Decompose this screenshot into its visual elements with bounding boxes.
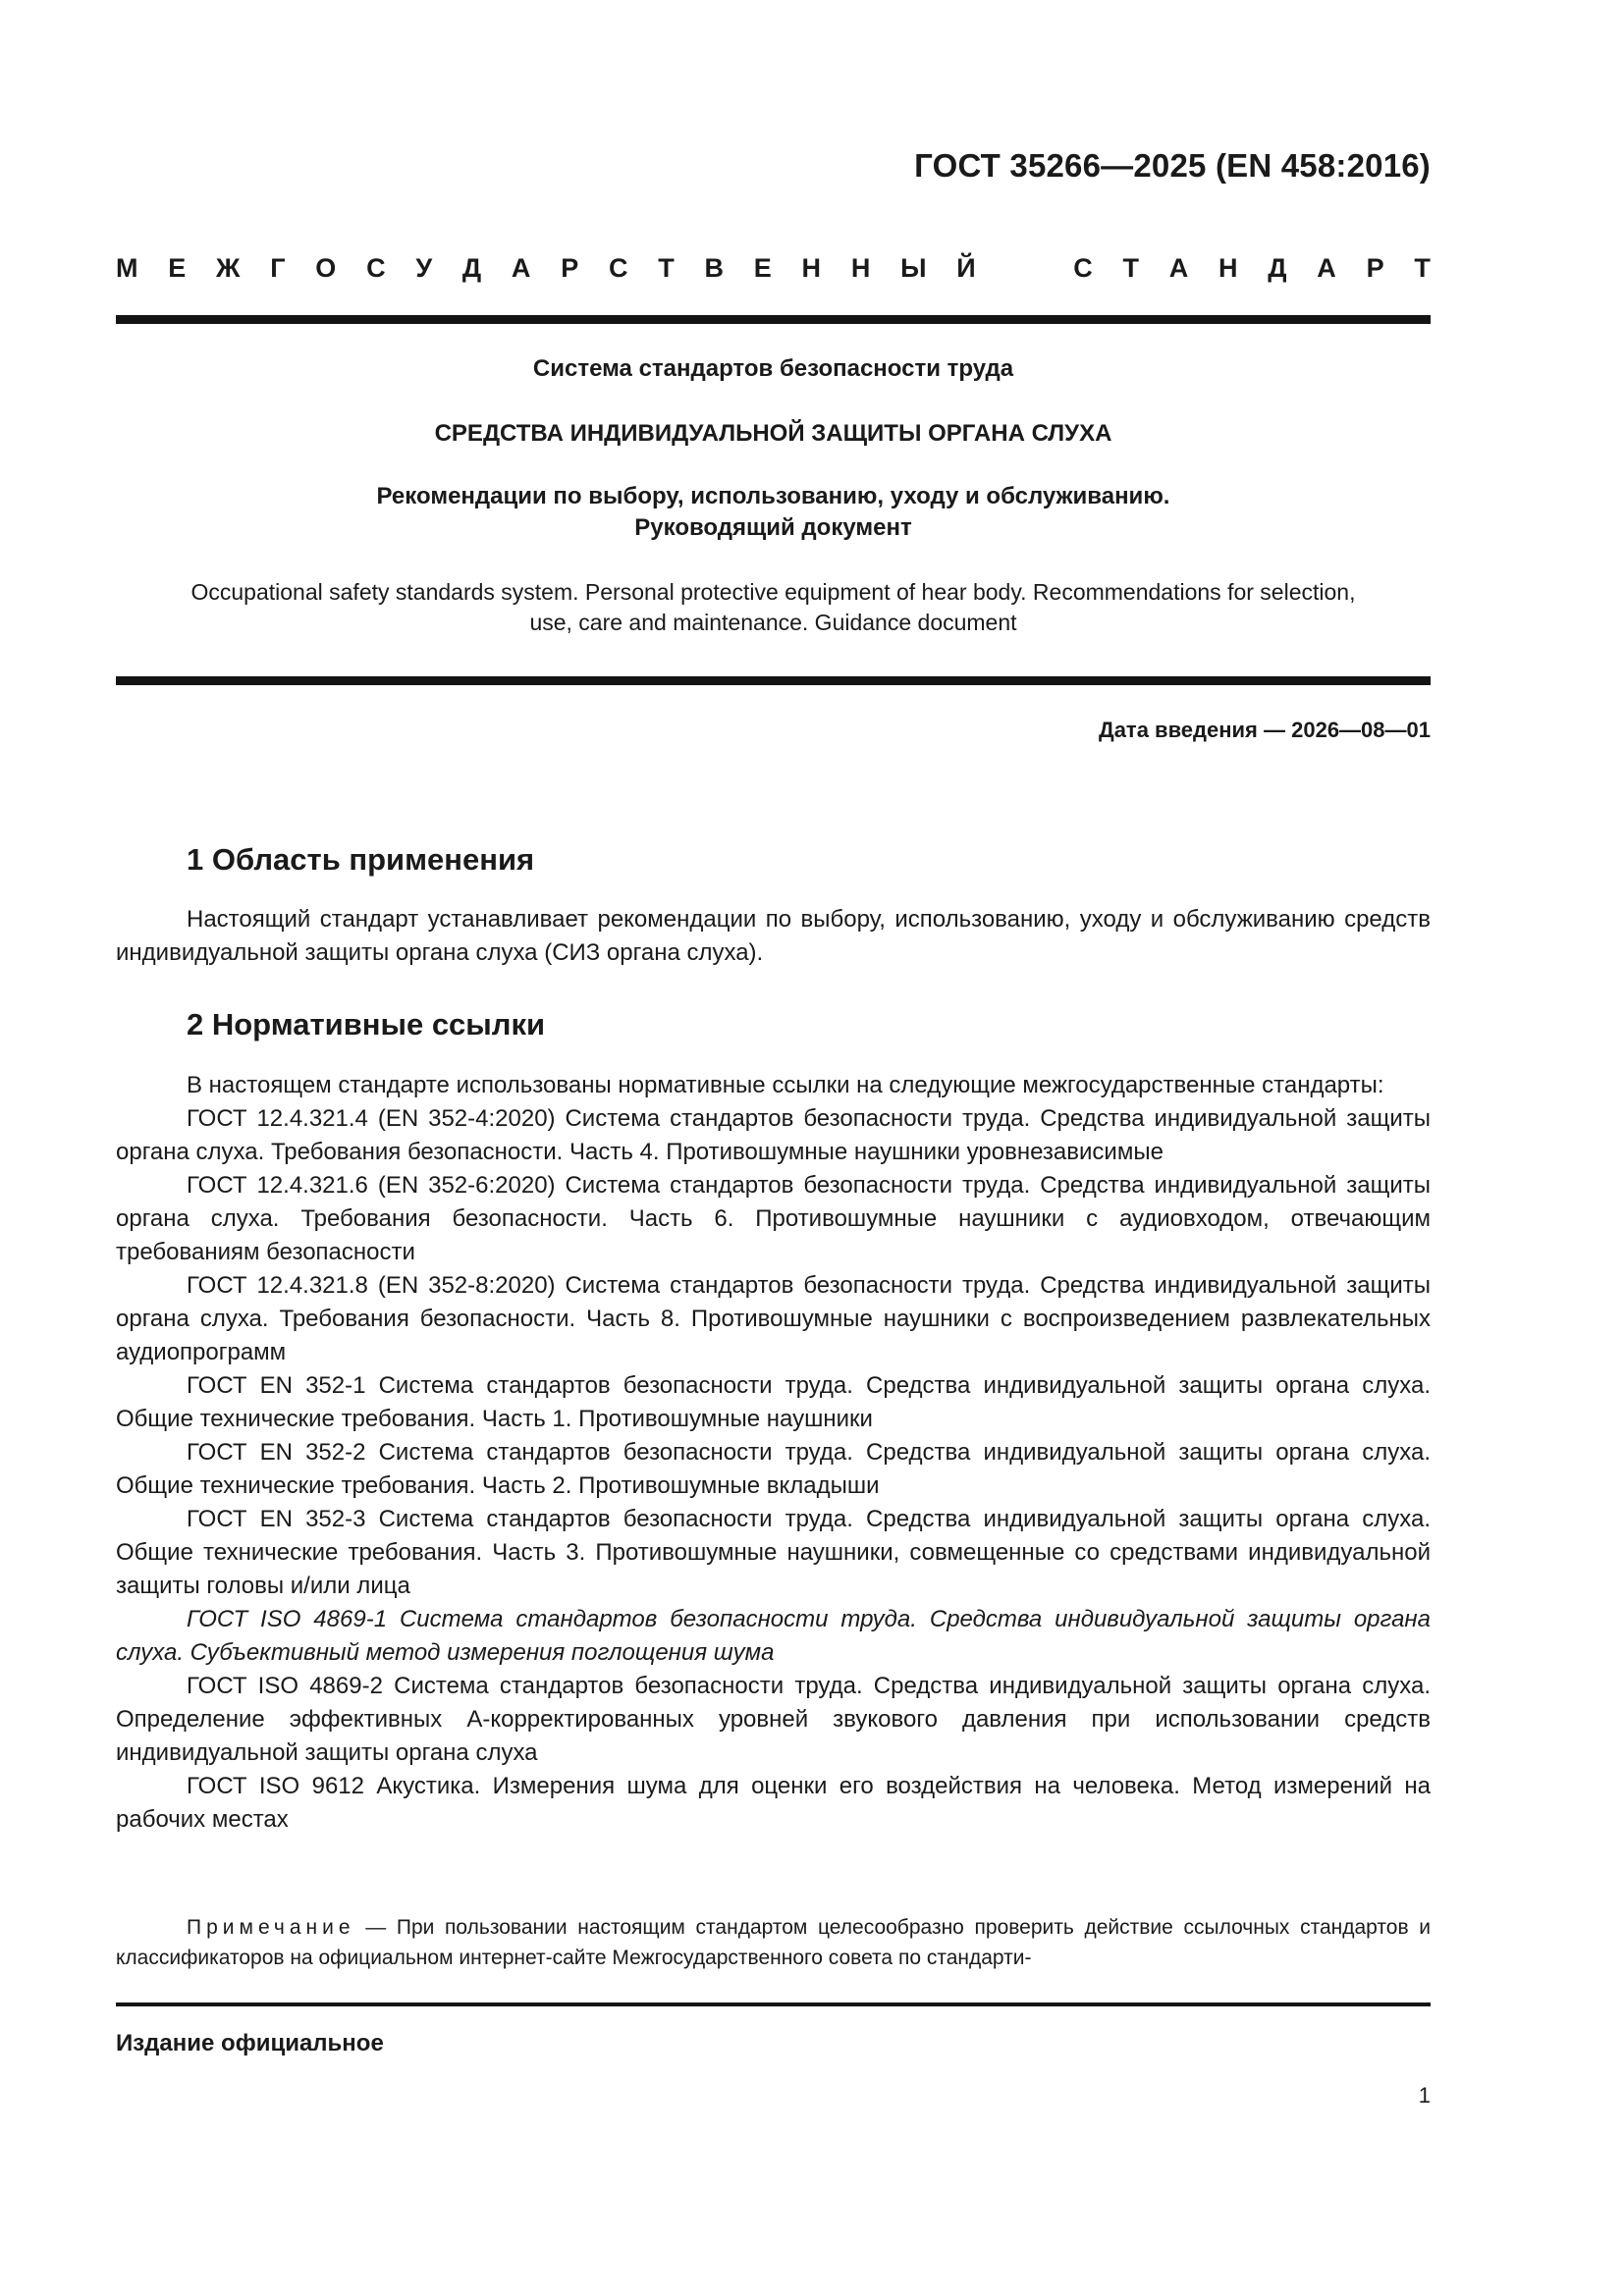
- reference-item: ГОСТ ISO 9612 Акустика. Измерения шума д…: [116, 1770, 1431, 1837]
- banner-letter: Н: [851, 253, 871, 284]
- reference-item: ГОСТ EN 352-3 Система стандартов безопас…: [116, 1503, 1431, 1603]
- reference-item: ГОСТ EN 352-1 Система стандартов безопас…: [116, 1369, 1431, 1436]
- reference-item: ГОСТ ISO 4869-2 Система стандартов безоп…: [116, 1670, 1431, 1770]
- banner-letter: Е: [754, 253, 772, 284]
- edition-label: Издание официальное: [116, 2030, 384, 2057]
- english-title: Occupational safety standards system. Pe…: [116, 577, 1431, 638]
- subtitle-line-2: Руководящий документ: [116, 512, 1431, 544]
- series-title: Система стандартов безопасности труда: [116, 355, 1431, 383]
- banner-gap: [1005, 253, 1043, 284]
- subtitle-line-1: Рекомендации по выбору, использованию, у…: [116, 481, 1431, 512]
- english-title-line-2: use, care and maintenance. Guidance docu…: [116, 608, 1431, 638]
- reference-item: ГОСТ ISO 4869-1 Система стандартов безоп…: [116, 1603, 1431, 1670]
- introduction-date: Дата введения — 2026—08—01: [1099, 718, 1431, 743]
- banner-letter: А: [1317, 253, 1336, 284]
- subtitle: Рекомендации по выбору, использованию, у…: [116, 481, 1431, 544]
- references-list: В настоящем стандарте использованы норма…: [116, 1069, 1431, 1837]
- section-1-heading: 1 Область применения: [187, 842, 534, 878]
- banner-letter: С: [1073, 253, 1093, 284]
- title-rule: [116, 676, 1431, 685]
- banner-letter: Т: [658, 253, 675, 284]
- banner-letter: Д: [462, 253, 481, 284]
- banner-letter: А: [512, 253, 531, 284]
- header-rule: [116, 315, 1431, 324]
- banner-letter: Й: [956, 253, 975, 284]
- banner-letter: Г: [270, 253, 285, 284]
- section-2-heading: 2 Нормативные ссылки: [187, 1007, 545, 1042]
- banner-letter: Н: [1218, 253, 1238, 284]
- note: Примечание — При пользовании настоящим с…: [116, 1912, 1431, 1973]
- page-number: 1: [1419, 2083, 1431, 2109]
- banner-letter: А: [1169, 253, 1189, 284]
- reference-item: ГОСТ 12.4.321.6 (EN 352-6:2020) Система …: [116, 1169, 1431, 1269]
- banner-letter: Ы: [900, 253, 926, 284]
- interstate-standard-banner: МЕЖГОСУДАРСТВЕННЫЙСТАНДАРТ: [116, 253, 1431, 284]
- banner-letter: Д: [1268, 253, 1286, 284]
- banner-letter: С: [609, 253, 628, 284]
- reference-item: ГОСТ 12.4.321.8 (EN 352-8:2020) Система …: [116, 1269, 1431, 1369]
- banner-letter: В: [705, 253, 725, 284]
- main-title: СРЕДСТВА ИНДИВИДУАЛЬНОЙ ЗАЩИТЫ ОРГАНА СЛ…: [116, 420, 1431, 448]
- note-label: Примечание: [187, 1916, 355, 1939]
- banner-letter: Т: [1122, 253, 1139, 284]
- banner-letter: У: [415, 253, 432, 284]
- reference-item: ГОСТ EN 352-2 Система стандартов безопас…: [116, 1436, 1431, 1503]
- banner-letter: Т: [1414, 253, 1431, 284]
- english-title-line-1: Occupational safety standards system. Pe…: [116, 577, 1431, 608]
- banner-letter: Ж: [216, 253, 240, 284]
- banner-letter: С: [366, 253, 386, 284]
- references-intro: В настоящем стандарте использованы норма…: [116, 1069, 1431, 1102]
- footer-rule: [116, 2002, 1431, 2006]
- banner-letter: Р: [1367, 253, 1384, 284]
- banner-letter: Н: [802, 253, 822, 284]
- reference-item: ГОСТ 12.4.321.4 (EN 352-4:2020) Система …: [116, 1102, 1431, 1169]
- document-code: ГОСТ 35266—2025 (EN 458:2016): [914, 147, 1431, 185]
- section-1-paragraph: Настоящий стандарт устанавливает рекомен…: [116, 903, 1431, 970]
- banner-letter: Р: [561, 253, 578, 284]
- banner-letter: Е: [168, 253, 186, 284]
- banner-letter: О: [315, 253, 336, 284]
- banner-letter: М: [116, 253, 138, 284]
